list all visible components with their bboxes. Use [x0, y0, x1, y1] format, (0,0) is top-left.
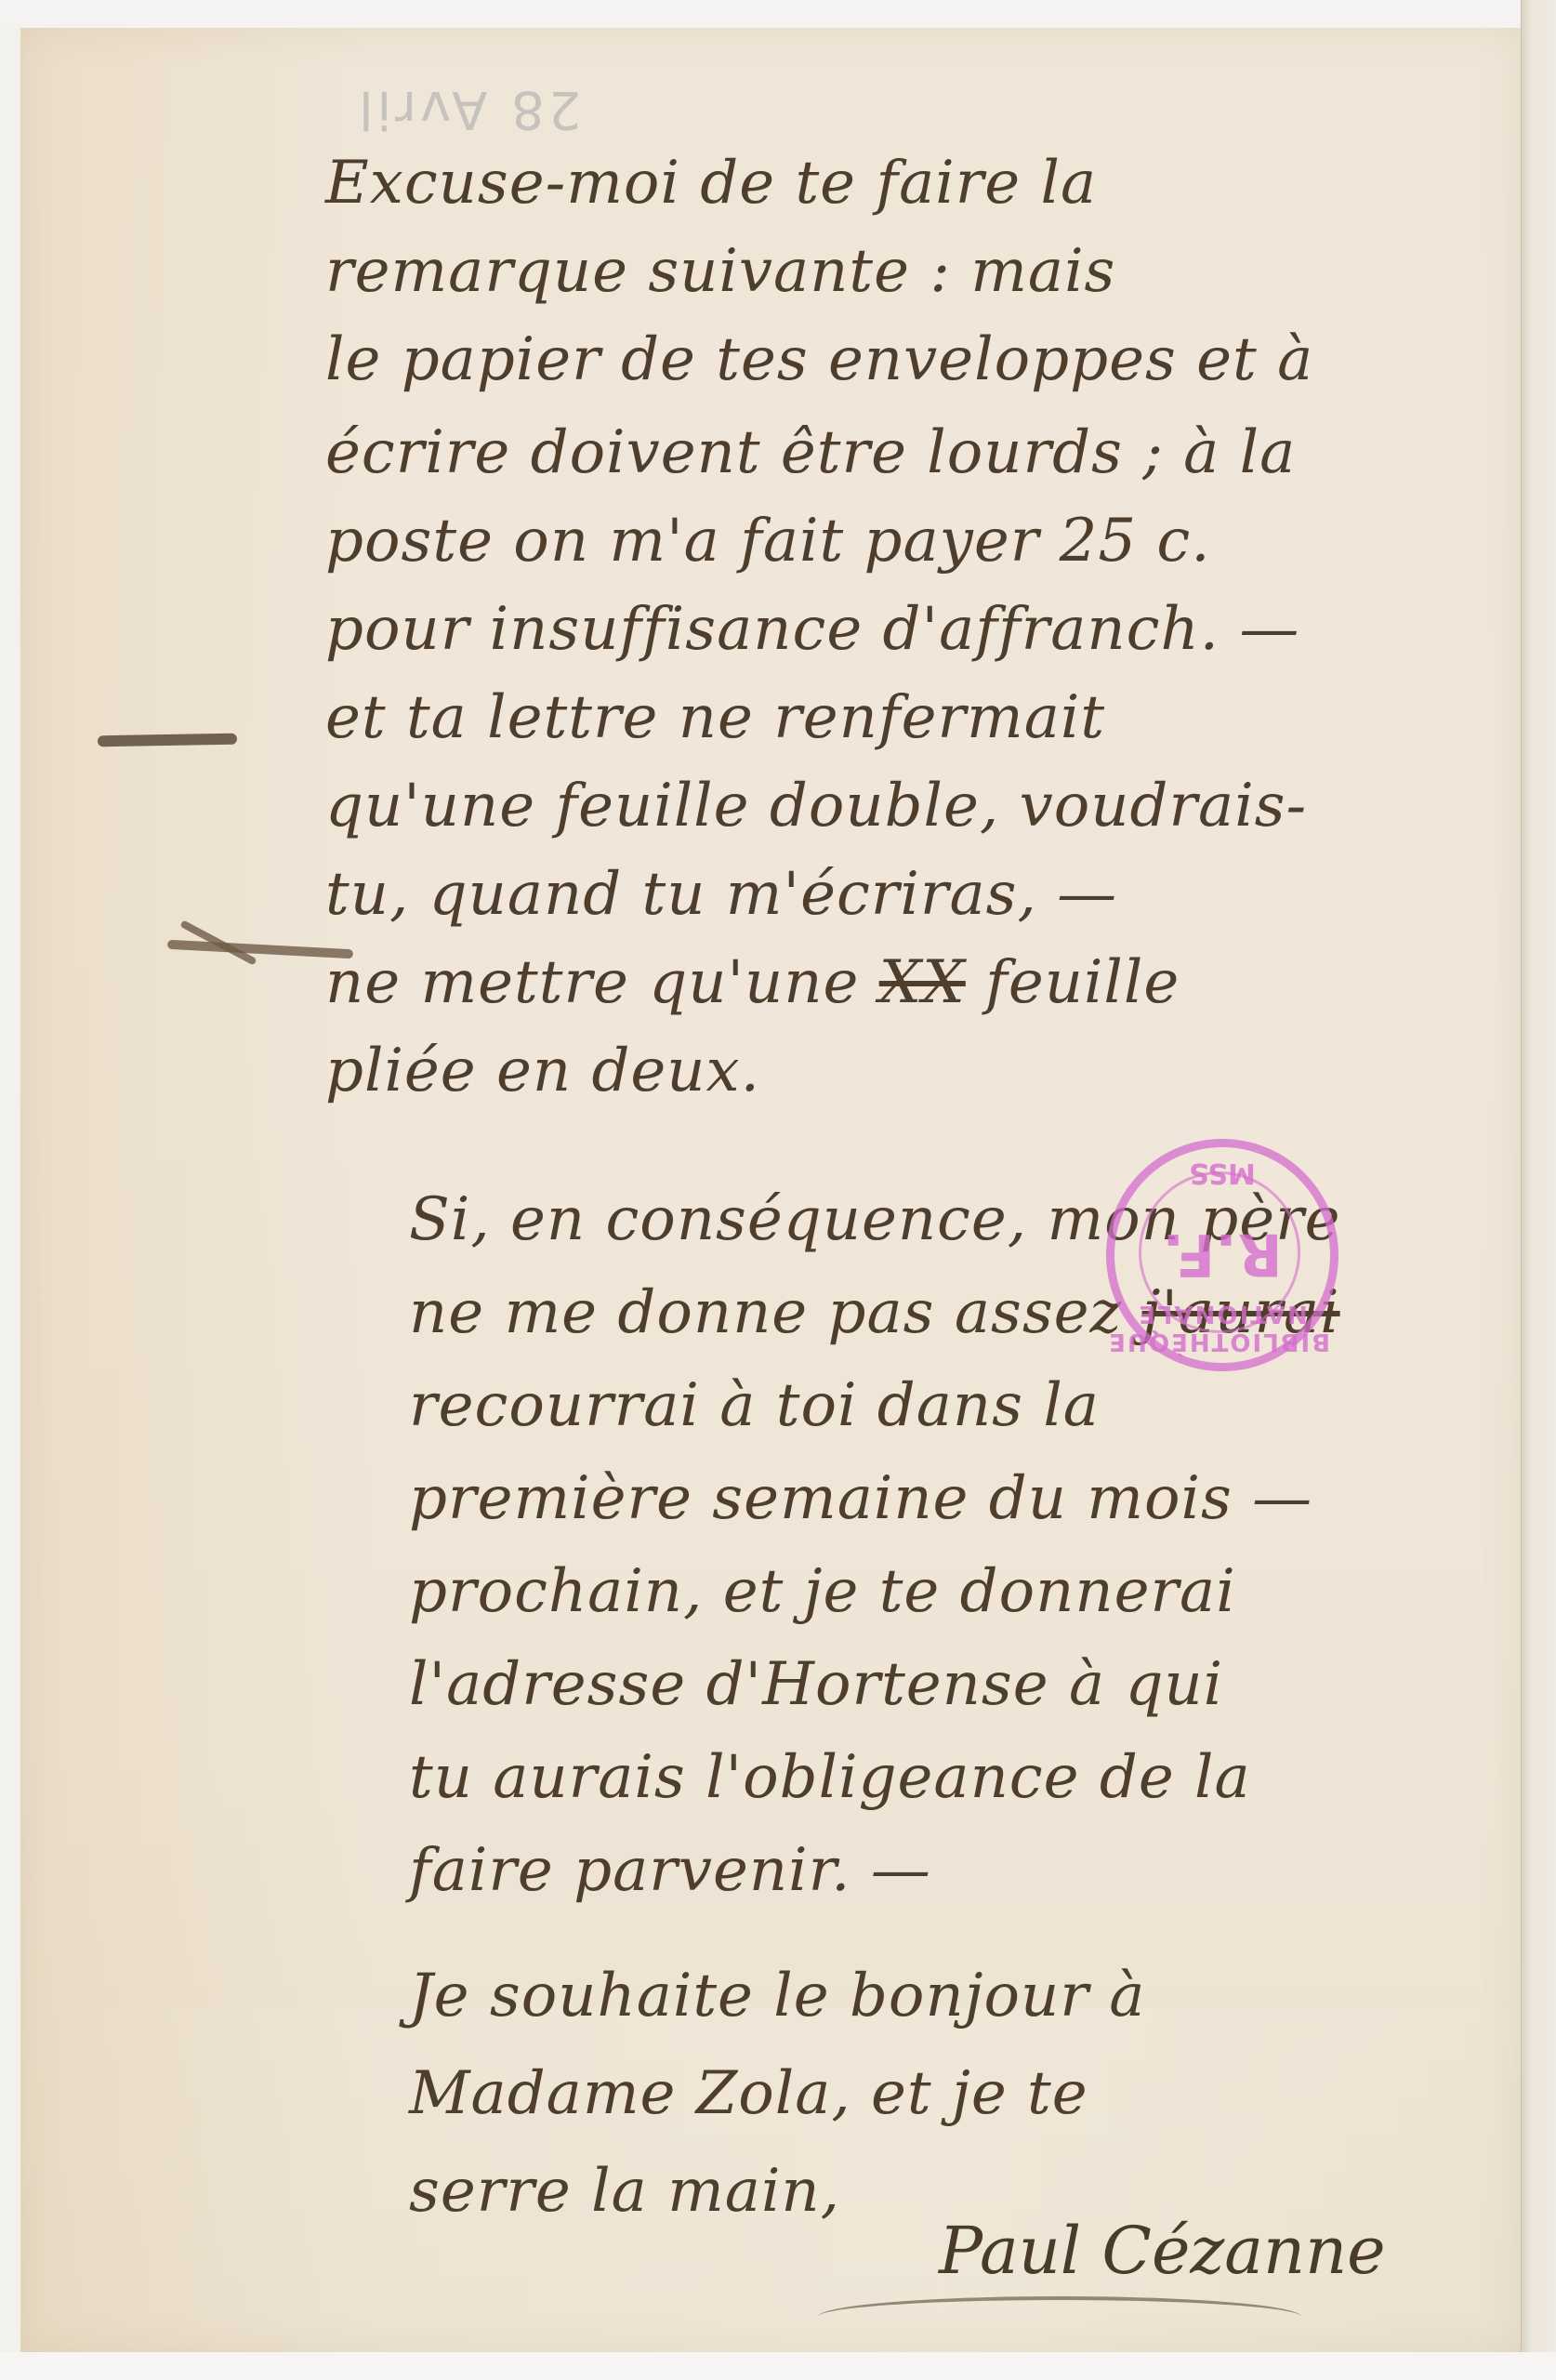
letter-line: pliée en deux.	[325, 1037, 760, 1105]
letter-line: ne mettre qu'une XX feuille	[325, 948, 1180, 1017]
letter-line: écrire doivent être lourds ; à la	[325, 418, 1296, 487]
letter-text-segment: ne mettre qu'une	[325, 948, 859, 1017]
letter-line: et ta lettre ne renfermait	[325, 683, 1105, 752]
stamp-center-text: R.F.	[1114, 1221, 1330, 1289]
struck-word: XX	[879, 948, 966, 1017]
library-ownership-stamp: BIBLIOTHÈQUE NATIONALE R.F. MSS	[1106, 1139, 1338, 1371]
letter-line: remarque suivante : mais	[325, 237, 1115, 306]
letter-line: recourrai à toi dans la	[409, 1371, 1100, 1440]
letter-line: poste on m'a fait payer 25 c.	[325, 507, 1211, 575]
letter-line: prochain, et je te donnerai	[409, 1557, 1236, 1626]
letter-line: l'adresse d'Hortense à qui	[409, 1650, 1223, 1719]
letter-line: première semaine du mois —	[409, 1464, 1312, 1533]
scan-top-margin	[0, 0, 1556, 28]
letter-line: pour insuffisance d'affranch. —	[325, 595, 1299, 664]
signature-flourish	[818, 2296, 1301, 2337]
letter-text-segment: feuille	[985, 948, 1180, 1017]
letter-line: tu aurais l'obligeance de la	[409, 1743, 1251, 1812]
letter-line: le papier de tes enveloppes et à	[325, 325, 1313, 394]
letter-line: serre la main,	[409, 2157, 840, 2226]
letter-line: Excuse-moi de te faire la	[325, 149, 1097, 218]
letter-text-segment: ne me donne pas assez	[409, 1278, 1122, 1347]
letter-line: tu, quand tu m'écriras, —	[325, 860, 1117, 929]
letter-line: Je souhaite le bonjour à	[409, 1962, 1145, 2030]
signature: Paul Cézanne	[939, 2213, 1386, 2289]
letter-line: faire parvenir. —	[409, 1836, 931, 1905]
stamp-bottom-text: MSS	[1114, 1157, 1330, 1189]
letter-line: Madame Zola, et je te	[409, 2059, 1088, 2128]
stamp-ring-text: BIBLIOTHÈQUE NATIONALE	[1114, 1300, 1330, 1355]
scan-bottom-margin	[0, 2352, 1556, 2380]
archive-pencil-note: 28 Avril	[355, 79, 581, 139]
letter-line: qu'une feuille double, voudrais-	[325, 772, 1307, 840]
